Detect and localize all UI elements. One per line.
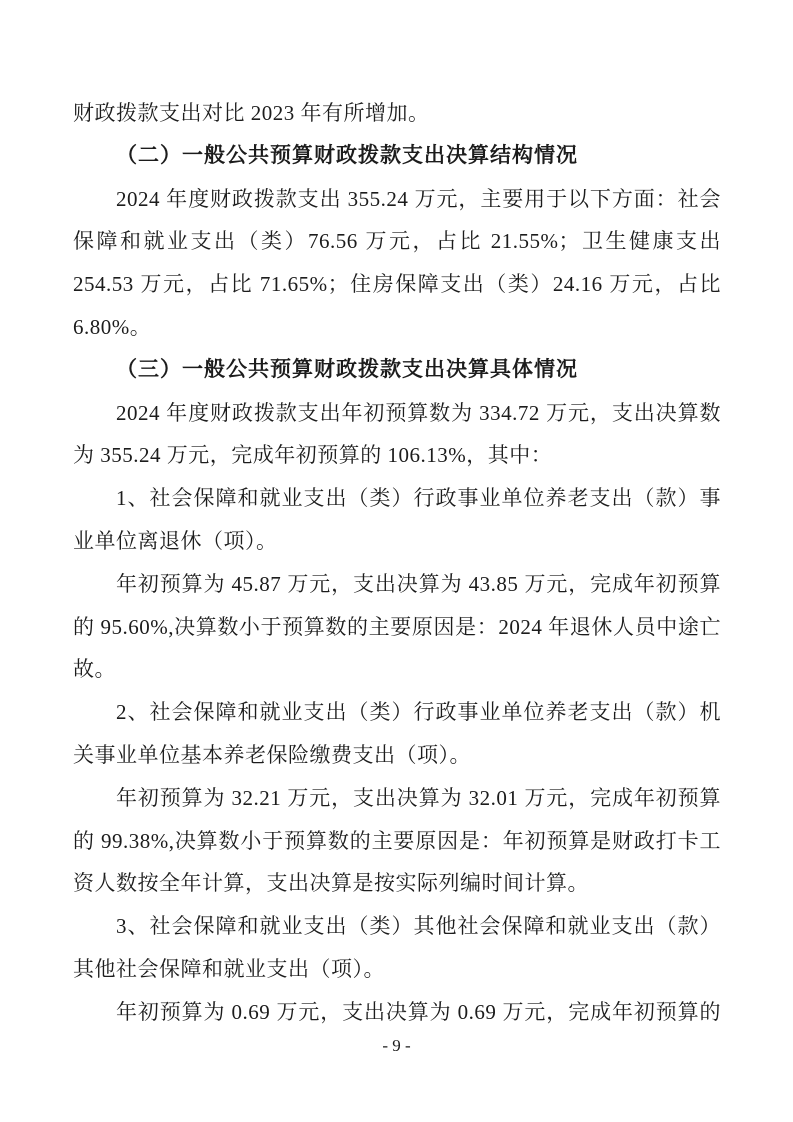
paragraph-line: 年初预算为 32.21 万元，支出决算为 32.01 万元，完成年初预算 [73,777,721,820]
page-number: - 9 - [0,1036,793,1056]
paragraph-line: 年初预算为 0.69 万元，支出决算为 0.69 万元，完成年初预算的 [73,991,721,1034]
paragraph-line: 年初预算为 45.87 万元，支出决算为 43.85 万元，完成年初预算 [73,563,721,606]
paragraph-line: 的 95.60%,决算数小于预算数的主要原因是：2024 年退休人员中途亡 [73,606,721,649]
paragraph-line: 业单位离退休（项）。 [73,520,721,563]
document-page: 财政拨款支出对比 2023 年有所增加。（二）一般公共预算财政拨款支出决算结构情… [0,0,793,1122]
paragraph-line: 为 355.24 万元，完成年初预算的 106.13%，其中： [73,434,721,477]
paragraph-line: 2、社会保障和就业支出（类）行政事业单位养老支出（款）机 [73,691,721,734]
paragraph-line: 资人数按全年计算，支出决算是按实际列编时间计算。 [73,862,721,905]
paragraph-line: 2024 年度财政拨款支出年初预算数为 334.72 万元，支出决算数 [73,392,721,435]
section-heading-line: （三）一般公共预算财政拨款支出决算具体情况 [73,349,721,392]
paragraph-line: 财政拨款支出对比 2023 年有所增加。 [73,92,721,135]
paragraph-line: 故。 [73,648,721,691]
paragraph-line: 的 99.38%,决算数小于预算数的主要原因是：年初预算是财政打卡工 [73,820,721,863]
paragraph-line: 其他社会保障和就业支出（项）。 [73,948,721,991]
section-heading-line: （二）一般公共预算财政拨款支出决算结构情况 [73,135,721,178]
paragraph-line: 关事业单位基本养老保险缴费支出（项）。 [73,734,721,777]
document-body: 财政拨款支出对比 2023 年有所增加。（二）一般公共预算财政拨款支出决算结构情… [73,92,721,1034]
paragraph-line: 2024 年度财政拨款支出 355.24 万元，主要用于以下方面：社会 [73,178,721,221]
paragraph-line: 254.53 万元，占比 71.65%；住房保障支出（类）24.16 万元，占比 [73,263,721,306]
paragraph-line: 1、社会保障和就业支出（类）行政事业单位养老支出（款）事 [73,477,721,520]
paragraph-line: 保障和就业支出（类）76.56 万元，占比 21.55%；卫生健康支出（类） [73,220,721,263]
paragraph-line: 6.80%。 [73,306,721,349]
paragraph-line: 3、社会保障和就业支出（类）其他社会保障和就业支出（款） [73,905,721,948]
